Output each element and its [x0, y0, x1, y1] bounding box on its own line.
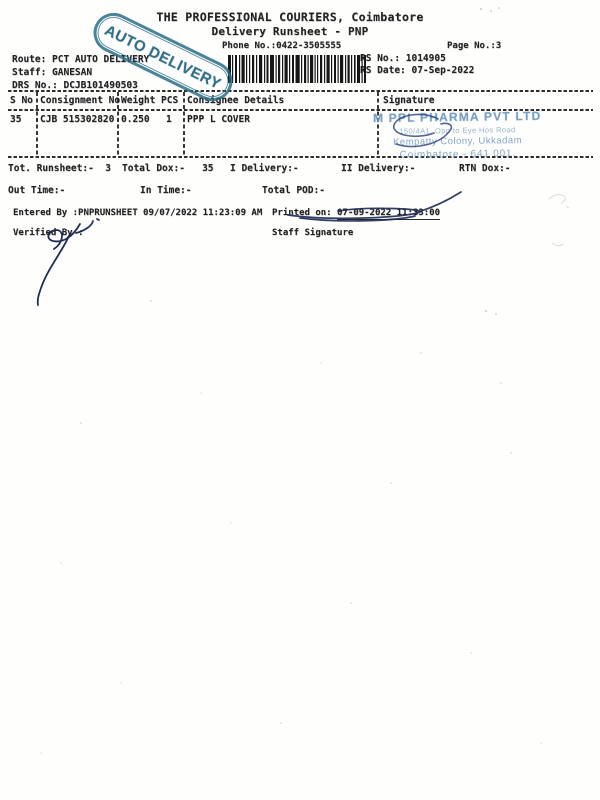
cell-consignee: PPP L COVER — [187, 114, 250, 125]
receiver-stamp-name: M PPL PHARMA PVT LTD — [360, 109, 555, 126]
ii-delivery: II Delivery:- — [341, 163, 415, 174]
col-header-sno: S No — [10, 95, 33, 106]
table-col-divider-1 — [36, 92, 38, 155]
barcode-icon — [228, 55, 366, 83]
total-pod: Total POD:- — [262, 185, 325, 196]
total-dox: Total Dox:- 35 — [122, 163, 214, 174]
scanned-delivery-runsheet: THE PROFESSIONAL COURIERS, Coimbatore De… — [0, 0, 600, 800]
entered-by: Entered By :PNPRUNSHEET 09/07/2022 11:23… — [13, 208, 262, 218]
staff-field: Staff: GANESAN — [12, 67, 92, 78]
rtn-dox: RTN Dox:- — [459, 163, 510, 174]
i-delivery: I Delivery:- — [230, 163, 299, 174]
cell-sno: 35 — [10, 114, 21, 125]
rs-no-field: RS No.: 1014905 — [360, 53, 446, 64]
printed-on: Printed on: 07-09-2022 11:33:00 — [272, 208, 440, 218]
cell-consignment-no: CJB 515302820 — [40, 114, 114, 125]
printed-on-label: Printed on: — [272, 208, 337, 218]
printed-on-value: 07-09-2022 11:33:00 — [337, 208, 440, 220]
receiver-stamp-address2: Kempatty Colony, Ukkadam — [360, 135, 555, 149]
company-name: THE PROFESSIONAL COURIERS, Coimbatore — [0, 10, 580, 24]
receiver-stamp-city: Coimbatore - 641 001. — [360, 148, 555, 162]
document-title: Delivery Runsheet - PNP — [0, 25, 580, 38]
cell-pcs: 1 — [166, 114, 172, 125]
receiver-company-stamp: M PPL PHARMA PVT LTD 150/4A1, Opp to Eye… — [360, 109, 556, 162]
cell-weight: 0.250 — [121, 114, 150, 125]
table-col-divider-3 — [183, 92, 185, 155]
col-header-signature: Signature — [383, 95, 434, 106]
col-header-pcs: PCS — [161, 95, 178, 106]
staff-signature-label: Staff Signature — [272, 228, 353, 238]
scan-noise-specks — [150, 300, 152, 302]
verified-by: Verified By : — [13, 228, 83, 238]
col-header-consignment: Consignment No — [40, 95, 120, 106]
out-time: Out Time:- — [8, 185, 65, 196]
table-top-rule — [8, 90, 593, 92]
total-runsheet: Tot. Runsheet:- 3 — [8, 163, 111, 174]
in-time: In Time:- — [140, 185, 191, 196]
faint-pencil-marks — [549, 195, 569, 246]
page-number: Page No.:3 — [447, 41, 501, 51]
col-header-weight: Weight — [121, 95, 155, 106]
rs-date-field: RS Date: 07-Sep-2022 — [360, 65, 474, 76]
phone-number: Phone No.:0422-3505555 — [222, 41, 341, 51]
